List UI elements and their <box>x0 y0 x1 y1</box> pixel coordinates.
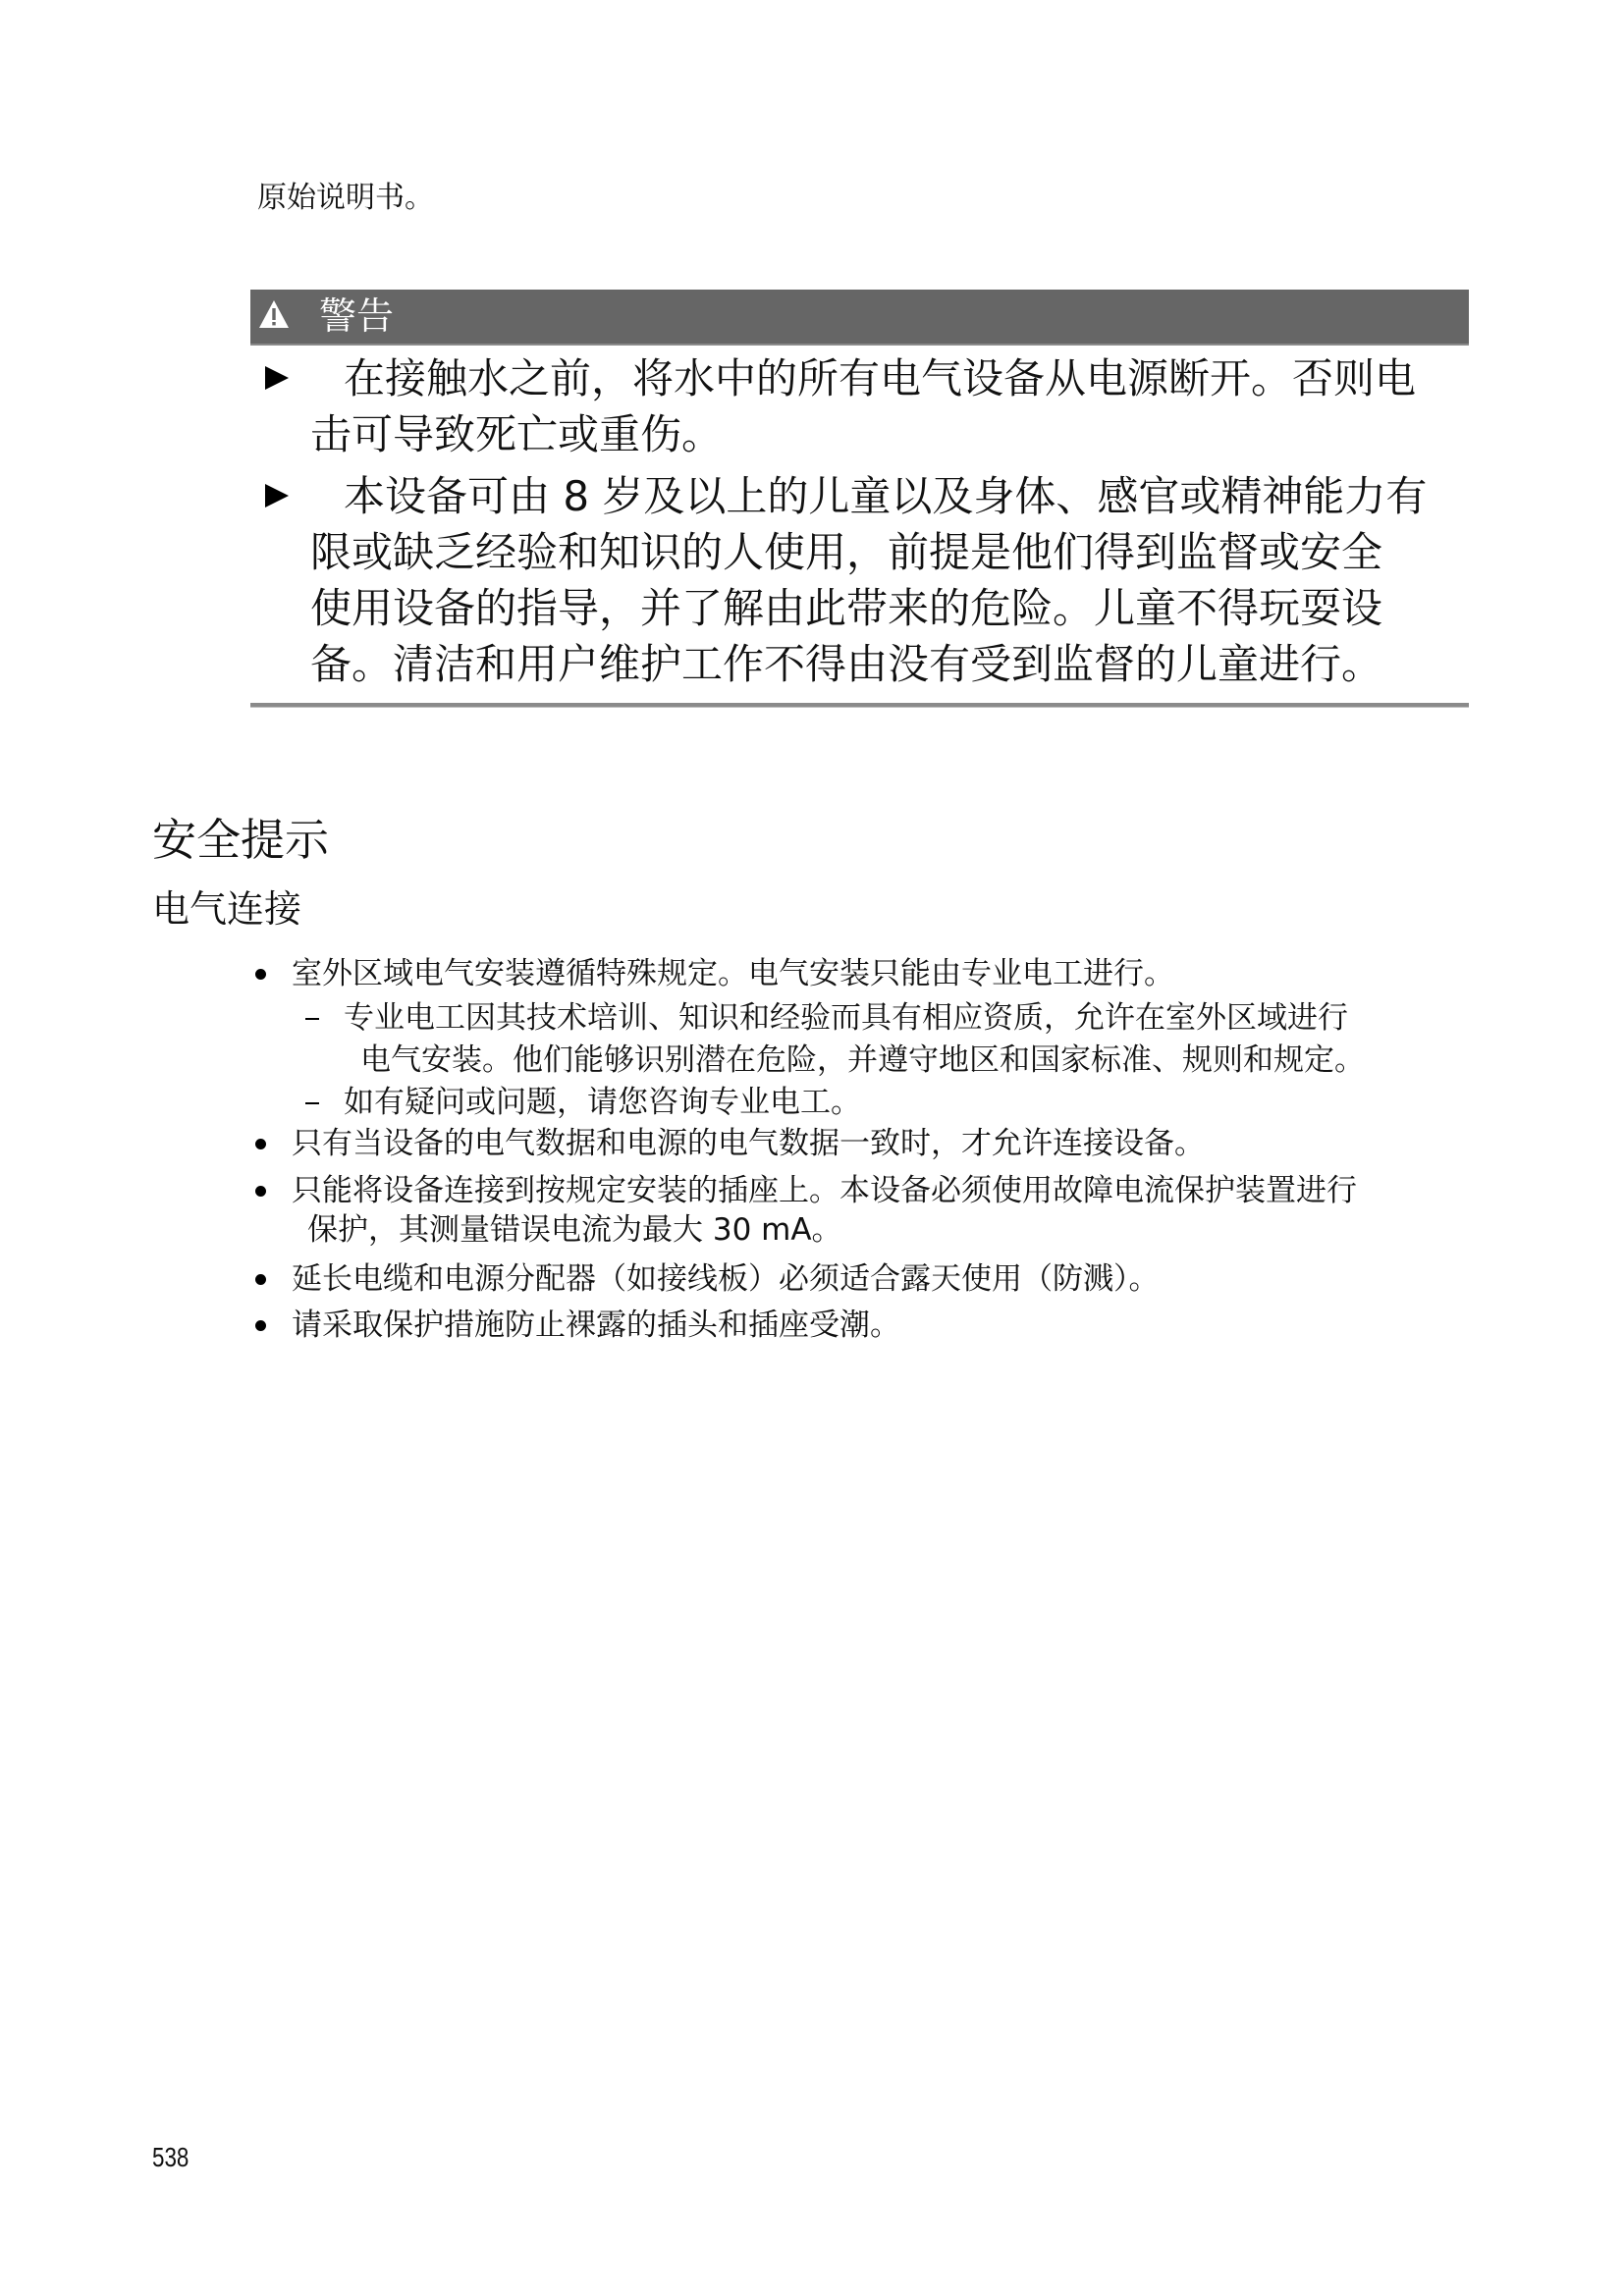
dash-bullet-icon <box>305 1018 319 1020</box>
warning-item-line: 击可导致死亡或重伤。 <box>310 406 1528 462</box>
list-item: 延长电缆和电源分配器（如接线板）必须适合露天使用（防溅）。 <box>292 1257 1160 1301</box>
arrow-bullet-icon <box>265 484 289 507</box>
list-item: 室外区域电气安装遵循特殊规定。电气安装只能由专业电工进行。 <box>292 952 1174 995</box>
list-item: 只有当设备的电气数据和电源的电气数据一致时，才允许连接设备。 <box>292 1122 1205 1165</box>
warning-triangle-icon <box>258 299 290 329</box>
arrow-bullet-icon <box>265 366 289 390</box>
list-subitem-continuation: 电气安装。他们能够识别潜在危险，并遵守地区和国家标准、规则和规定。 <box>360 1039 1365 1082</box>
warning-item-line: 备。清洁和用户维护工作不得由没有受到监督的儿童进行。 <box>310 636 1528 692</box>
warning-header: 警告 <box>250 290 1469 346</box>
warning-item-line: 本设备可由 8 岁及以上的儿童以及身体、感官或精神能力有 <box>310 468 1528 524</box>
subsection-title: 电气连接 <box>152 885 301 933</box>
bullet-icon <box>255 1320 266 1331</box>
list-item-continuation: 保护，其测量错误电流为最大 30 mA。 <box>307 1208 842 1252</box>
section-title: 安全提示 <box>152 813 329 868</box>
bullet-icon <box>255 1139 266 1149</box>
page-number: 538 <box>152 2142 189 2173</box>
intro-text: 原始说明书。 <box>257 179 434 218</box>
warning-item-line: 使用设备的指导，并了解由此带来的危险。儿童不得玩耍设 <box>310 580 1528 636</box>
list-subitem: 如有疑问或问题，请您咨询专业电工。 <box>344 1081 861 1124</box>
list-subitem: 专业电工因其技术培训、知识和经验而具有相应资质，允许在室外区域进行 <box>344 996 1348 1040</box>
warning-item-line: 限或缺乏经验和知识的人使用，前提是他们得到监督或安全 <box>310 524 1528 580</box>
bullet-icon <box>255 1186 266 1197</box>
list-item: 请采取保护措施防止裸露的插头和插座受潮。 <box>292 1304 900 1347</box>
bullet-icon <box>255 1274 266 1285</box>
warning-item-line: 在接触水之前，将水中的所有电气设备从电源断开。否则电 <box>310 350 1528 406</box>
dash-bullet-icon <box>305 1102 319 1104</box>
warning-bottom-rule <box>250 703 1469 708</box>
list-item: 只能将设备连接到按规定安装的插座上。本设备必须使用故障电流保护装置进行 <box>292 1169 1357 1212</box>
warning-title: 警告 <box>319 294 394 338</box>
bullet-icon <box>255 969 266 980</box>
